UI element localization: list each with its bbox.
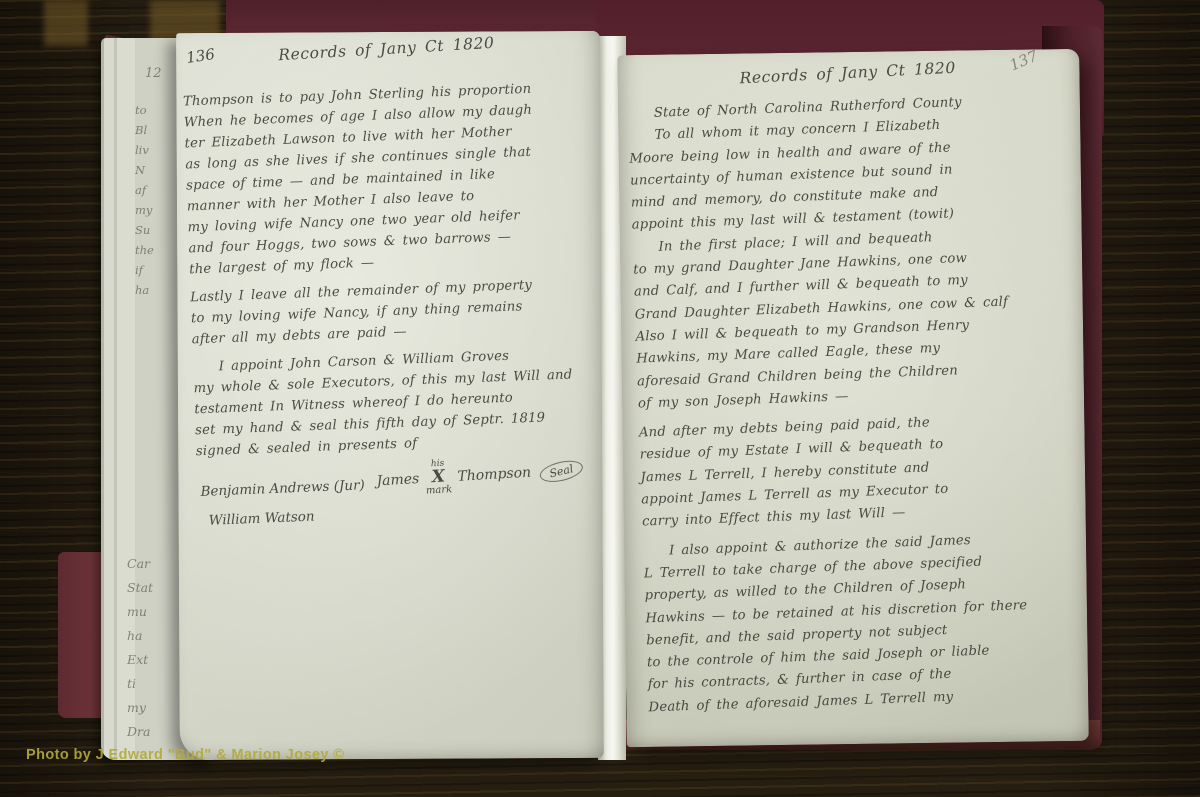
witness-signature: Benjamin Andrews (Jur) [200, 477, 365, 500]
witness-signature: William Watson [208, 509, 315, 529]
seal-mark: Seal [537, 457, 584, 486]
photographer-watermark: Photo by J Edward "Bud" & Marion Josey © [26, 747, 344, 763]
text-fragment: Dra [127, 720, 153, 744]
left-page-header: Records of Jany Ct 1820 [278, 34, 495, 64]
under-page-text-fragments-bottom: Car Stat mu ha Ext ti my Dra [127, 552, 153, 744]
right-page-header: Records of Jany Ct 1820 [739, 59, 956, 88]
text-fragment: ha [135, 280, 154, 300]
left-page-number: 136 [185, 45, 216, 67]
text-fragment: Bl [135, 120, 154, 140]
left-page-text: Thompson is to pay John Sterling his pro… [183, 77, 600, 463]
signature-mark-label: mark [426, 485, 453, 496]
signature-x-mark-group: his X mark [424, 459, 452, 496]
text-fragment: my [127, 696, 153, 720]
text-fragment: Stat [127, 576, 153, 600]
wood-grain-streak [44, 0, 88, 46]
text-fragment: af [135, 180, 154, 200]
testator-signature: James his X mark Thompson Seal [376, 452, 585, 500]
under-page-text-fragments-top: to Bl liv N af my Su the if ha [135, 100, 154, 300]
left-page: 136 Records of Jany Ct 1820 Thompson is … [176, 31, 604, 760]
text-fragment: Car [127, 552, 153, 576]
text-fragment: ti [127, 672, 153, 696]
right-page-text: State of North Carolina Rutherford Count… [627, 89, 1082, 720]
text-fragment: Ext [127, 648, 153, 672]
text-fragment: if [135, 260, 154, 280]
right-page: 137 Records of Jany Ct 1820 State of Nor… [617, 49, 1089, 747]
right-page-number: 137 [1007, 47, 1040, 75]
under-page-number: 12 [145, 66, 162, 81]
text-fragment: my [135, 200, 154, 220]
text-fragment: mu [127, 600, 153, 624]
text-fragment: N [135, 160, 154, 180]
text-fragment: ha [127, 624, 153, 648]
signature-last-name: Thompson [457, 465, 531, 485]
text-fragment: Su [135, 220, 154, 240]
text-fragment: to [135, 100, 154, 120]
text-fragment: the [135, 240, 154, 260]
text-fragment: liv [135, 140, 154, 160]
signature-first-name: James [376, 471, 420, 489]
